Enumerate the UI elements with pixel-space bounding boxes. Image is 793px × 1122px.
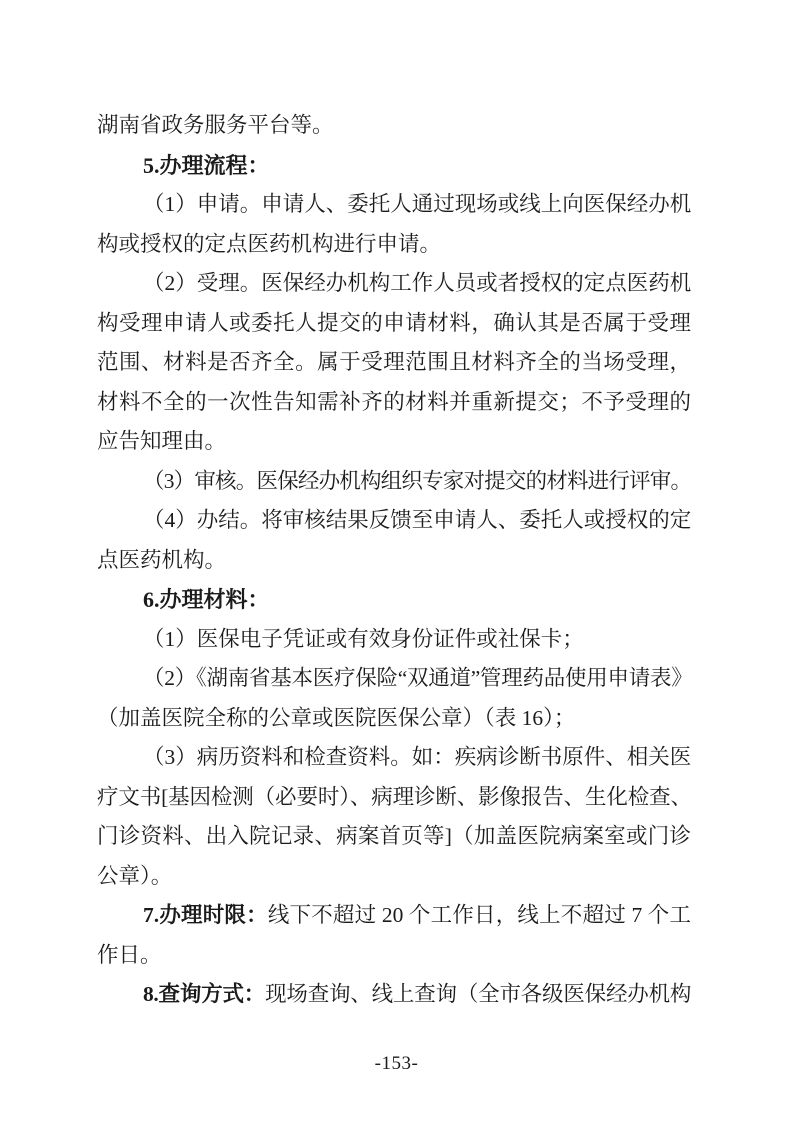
text-line: 8.查询方式：现场查询、线上查询（全市各级医保经办机构 (97, 975, 691, 1015)
heading-label: 6.办理材料： (143, 587, 270, 612)
page-number: -153- (0, 1052, 793, 1076)
heading-label: 5.办理流程： (143, 153, 270, 178)
text-line: 应告知理由。 (97, 422, 691, 462)
text-line: 湖南省政务服务平台等。 (97, 106, 691, 146)
text-line: （1）申请。申请人、委托人通过现场或线上向医保经办机 (97, 185, 691, 225)
text-line: （3）审核。医保经办机构组织专家对提交的材料进行评审。 (97, 462, 691, 502)
inline-heading-label-8: 8.查询方式： (143, 982, 265, 1006)
section-heading-6: 6.办理材料： (97, 580, 691, 620)
text-line: 范围、材料是否齐全。属于受理范围且材料齐全的当场受理， (97, 343, 691, 383)
document-page: 湖南省政务服务平台等。 5.办理流程： （1）申请。申请人、委托人通过现场或线上… (0, 0, 793, 1122)
text-line: （4）办结。将审核结果反馈至申请人、委托人或授权的定 (97, 501, 691, 541)
text-line: 构受理申请人或委托人提交的申请材料，确认其是否属于受理 (97, 304, 691, 344)
text-line: （2）《湖南省基本医疗保险“双通道”管理药品使用申请表》 (97, 659, 691, 699)
text-line: 7.办理时限：线下不超过 20 个工作日，线上不超过 7 个工 (97, 896, 691, 936)
text-line: （2）受理。医保经办机构工作人员或者授权的定点医药机 (97, 264, 691, 304)
text-line: 点医药机构。 (97, 541, 691, 581)
text-line: （加盖医院全称的公章或医院医保公章）（表 16）； (97, 699, 691, 739)
text-line: （3）病历资料和检查资料。如：疾病诊断书原件、相关医 (97, 738, 691, 778)
inline-heading-label-7: 7.办理时限： (143, 903, 268, 927)
section-heading-5: 5.办理流程： (97, 146, 691, 186)
document-body: 湖南省政务服务平台等。 5.办理流程： （1）申请。申请人、委托人通过现场或线上… (97, 106, 691, 1015)
text-line: 公章）。 (97, 857, 691, 897)
text-line: 作日。 (97, 936, 691, 976)
text-line: 构或授权的定点医药机构进行申请。 (97, 225, 691, 265)
text-line: 材料不全的一次性告知需补齐的材料并重新提交；不予受理的 (97, 383, 691, 423)
text-line: （1）医保电子凭证或有效身份证件或社保卡； (97, 620, 691, 660)
text-line: 疗文书[基因检测（必要时）、病理诊断、影像报告、生化检查、 (97, 778, 691, 818)
line-text: 现场查询、线上查询（全市各级医保经办机构 (265, 982, 691, 1006)
text-line: 门诊资料、出入院记录、病案首页等]（加盖医院病案室或门诊 (97, 817, 691, 857)
line-text: 线下不超过 20 个工作日，线上不超过 7 个工 (268, 903, 691, 927)
